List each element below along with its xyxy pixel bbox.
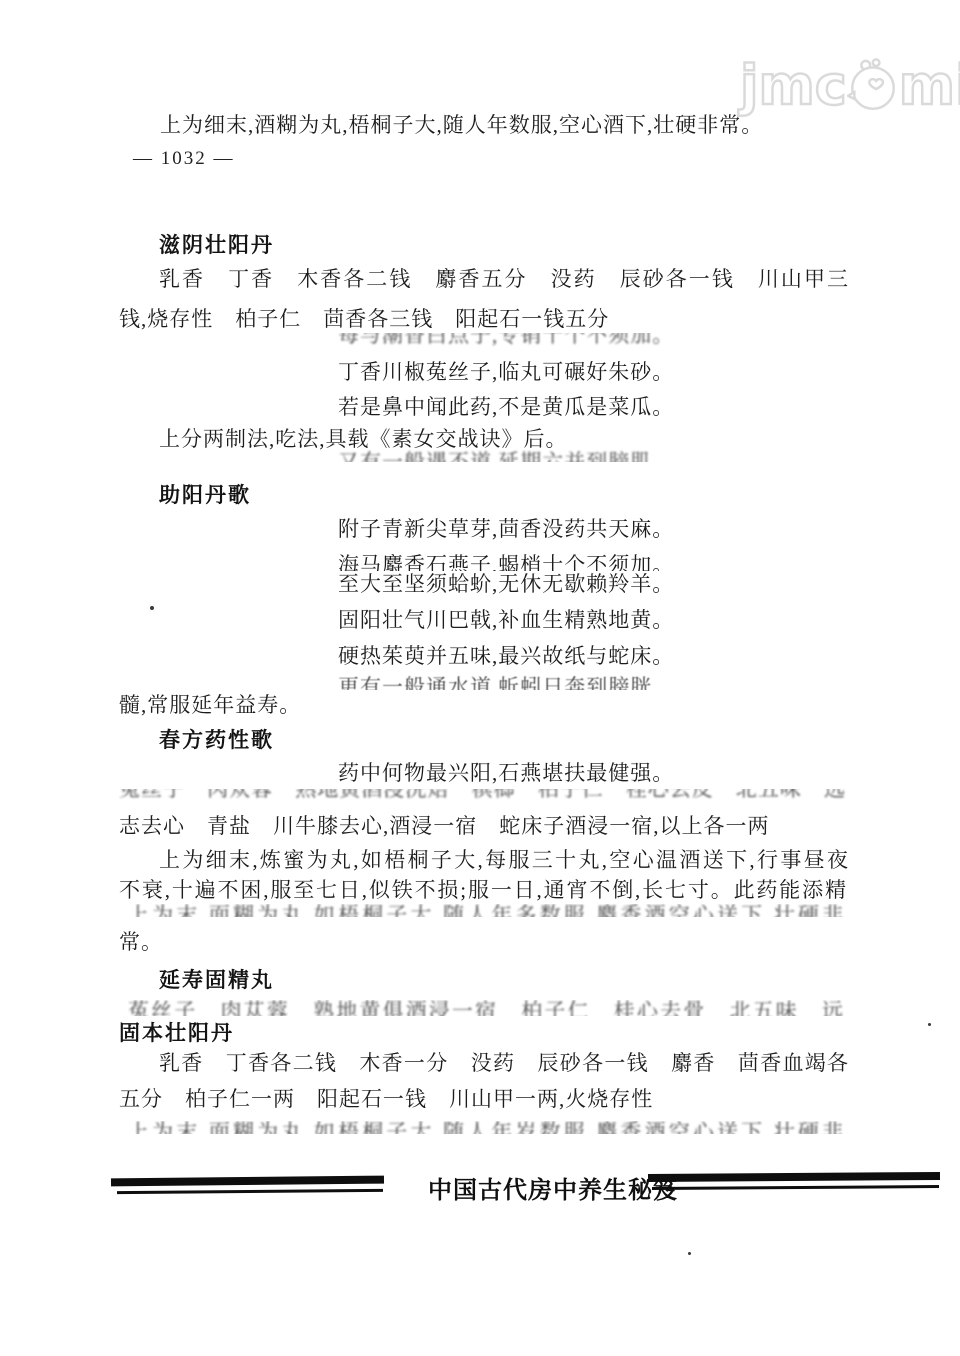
footer-book-title: 中国古代房中养生秘笈 xyxy=(428,1170,678,1205)
continuation-line: 髓,常服延年益寿。 xyxy=(119,692,301,718)
clipped-line-fragment: 更有一般通水道,蚯蚓日奔到膀胱 xyxy=(338,674,683,690)
page-number: — 1032 — xyxy=(133,148,235,170)
paragraph-line: 常。 xyxy=(119,929,163,955)
verse-line: 硬热茱萸并五味,最兴故纸与蛇床。 xyxy=(338,643,674,669)
section-heading-ziyin-zhuangyang-dan: 滋阴壮阳丹 xyxy=(159,229,274,259)
ingredients-line: 乳香 丁香各二钱 木香一分 没药 辰砂各一钱 麝香 茴香血竭各 xyxy=(159,1052,849,1075)
section-heading-chunfang-yaoxing-ge: 春方药性歌 xyxy=(159,724,274,754)
watermark: jmc mic xyxy=(740,54,960,117)
ingredients-line: 志去心 青盐 川牛膝去心,酒浸一宿 蛇床子酒浸一宿,以上各一两 xyxy=(119,813,770,839)
clipped-line-fragment: 菟丝子 肉苁蓉 熟地黄俱酒浸一宿 柏子仁 桂心去骨 北五味 远 xyxy=(128,1000,844,1016)
verse-line: 若是鼻中闻此药,不是黄瓜是菜瓜。 xyxy=(338,394,674,420)
footer-rule-right-thick xyxy=(648,1172,940,1182)
footer-rule-right-thin xyxy=(652,1185,939,1190)
section-heading-yanshou-gujing-wan: 延寿固精丸 xyxy=(159,964,274,994)
verse-line: 丁香川椒菟丝子,临丸可碾好朱砂。 xyxy=(338,359,674,385)
scanned-book-page: jmc mic 上为细末,酒糊为丸,梧桐子大,随人年数服,空心酒下,壮硬非常。 … xyxy=(0,0,960,1356)
clipped-line-fragment: 上为末,面糊为丸,如梧桐子大,随人年多数服,麝香酒空心送下,壮硬非 xyxy=(128,904,844,917)
clipped-line-fragment: 每与潮香白点子,专销十个不须加。 xyxy=(338,333,683,347)
scan-speck xyxy=(928,1023,931,1026)
footer-rule-left-thick xyxy=(111,1176,384,1187)
verse-line: 药中何物最兴阳,石燕堪扶最健强。 xyxy=(338,760,674,786)
bird-face-icon xyxy=(847,58,899,114)
verse-line: 至大至坚须蛤蚧,无休无歇赖羚羊。 xyxy=(338,571,674,597)
section-heading-guben-zhuangyang-dan: 固本壮阳丹 xyxy=(119,1017,234,1047)
section-heading-zhuyang-dan-ge: 助阳丹歌 xyxy=(159,479,251,509)
intro-line: 上为细末,酒糊为丸,梧桐子大,随人年数服,空心酒下,壮硬非常。 xyxy=(160,112,763,138)
paragraph-line: 不衰,十遍不困,服至七日,似铁不损;服一日,通宵不倒,长七寸。此药能添精 xyxy=(119,879,847,902)
watermark-text-right: mic xyxy=(899,54,960,117)
clipped-line-fragment: 菟丝子 肉苁蓉 熟地黄酒浸洗焙 槟榔 柏子仁 桂心去皮 北五味 远 xyxy=(119,789,846,802)
paragraph-line: 上为细末,炼蜜为丸,如梧桐子大,每服三十丸,空心温酒送下,行事昼夜 xyxy=(159,849,849,872)
verse-line: 附子青新尖草芽,茴香没药共天麻。 xyxy=(338,516,674,542)
scan-speck xyxy=(688,1252,691,1255)
clipped-line-fragment: 海马麝香石燕子,蝎梢十个不须加。 xyxy=(338,552,688,571)
verse-line: 固阳壮气川巴戟,补血生精熟地黄。 xyxy=(338,607,674,633)
watermark-text-left: jmc xyxy=(740,54,847,117)
ingredients-line: 五分 柏子仁一两 阳起石一钱 川山甲一两,火烧存性 xyxy=(119,1086,653,1112)
footer-rule-left-thin xyxy=(117,1189,383,1194)
scan-speck xyxy=(150,606,154,610)
clipped-line-fragment: 又有一般遇不道,延期六并到膀肌。 xyxy=(338,449,683,462)
ingredients-line: 钱,烧存性 柏子仁 茴香各三钱 阳起石一钱五分 xyxy=(119,306,609,332)
ingredients-line: 乳香 丁香 木香各二钱 麝香五分 没药 辰砂各一钱 川山甲三 xyxy=(159,268,849,291)
clipped-line-fragment: 上为末,面糊为丸,如梧桐子大,随人年岁数服,麝香酒空心送下,壮硬非 xyxy=(128,1121,844,1134)
